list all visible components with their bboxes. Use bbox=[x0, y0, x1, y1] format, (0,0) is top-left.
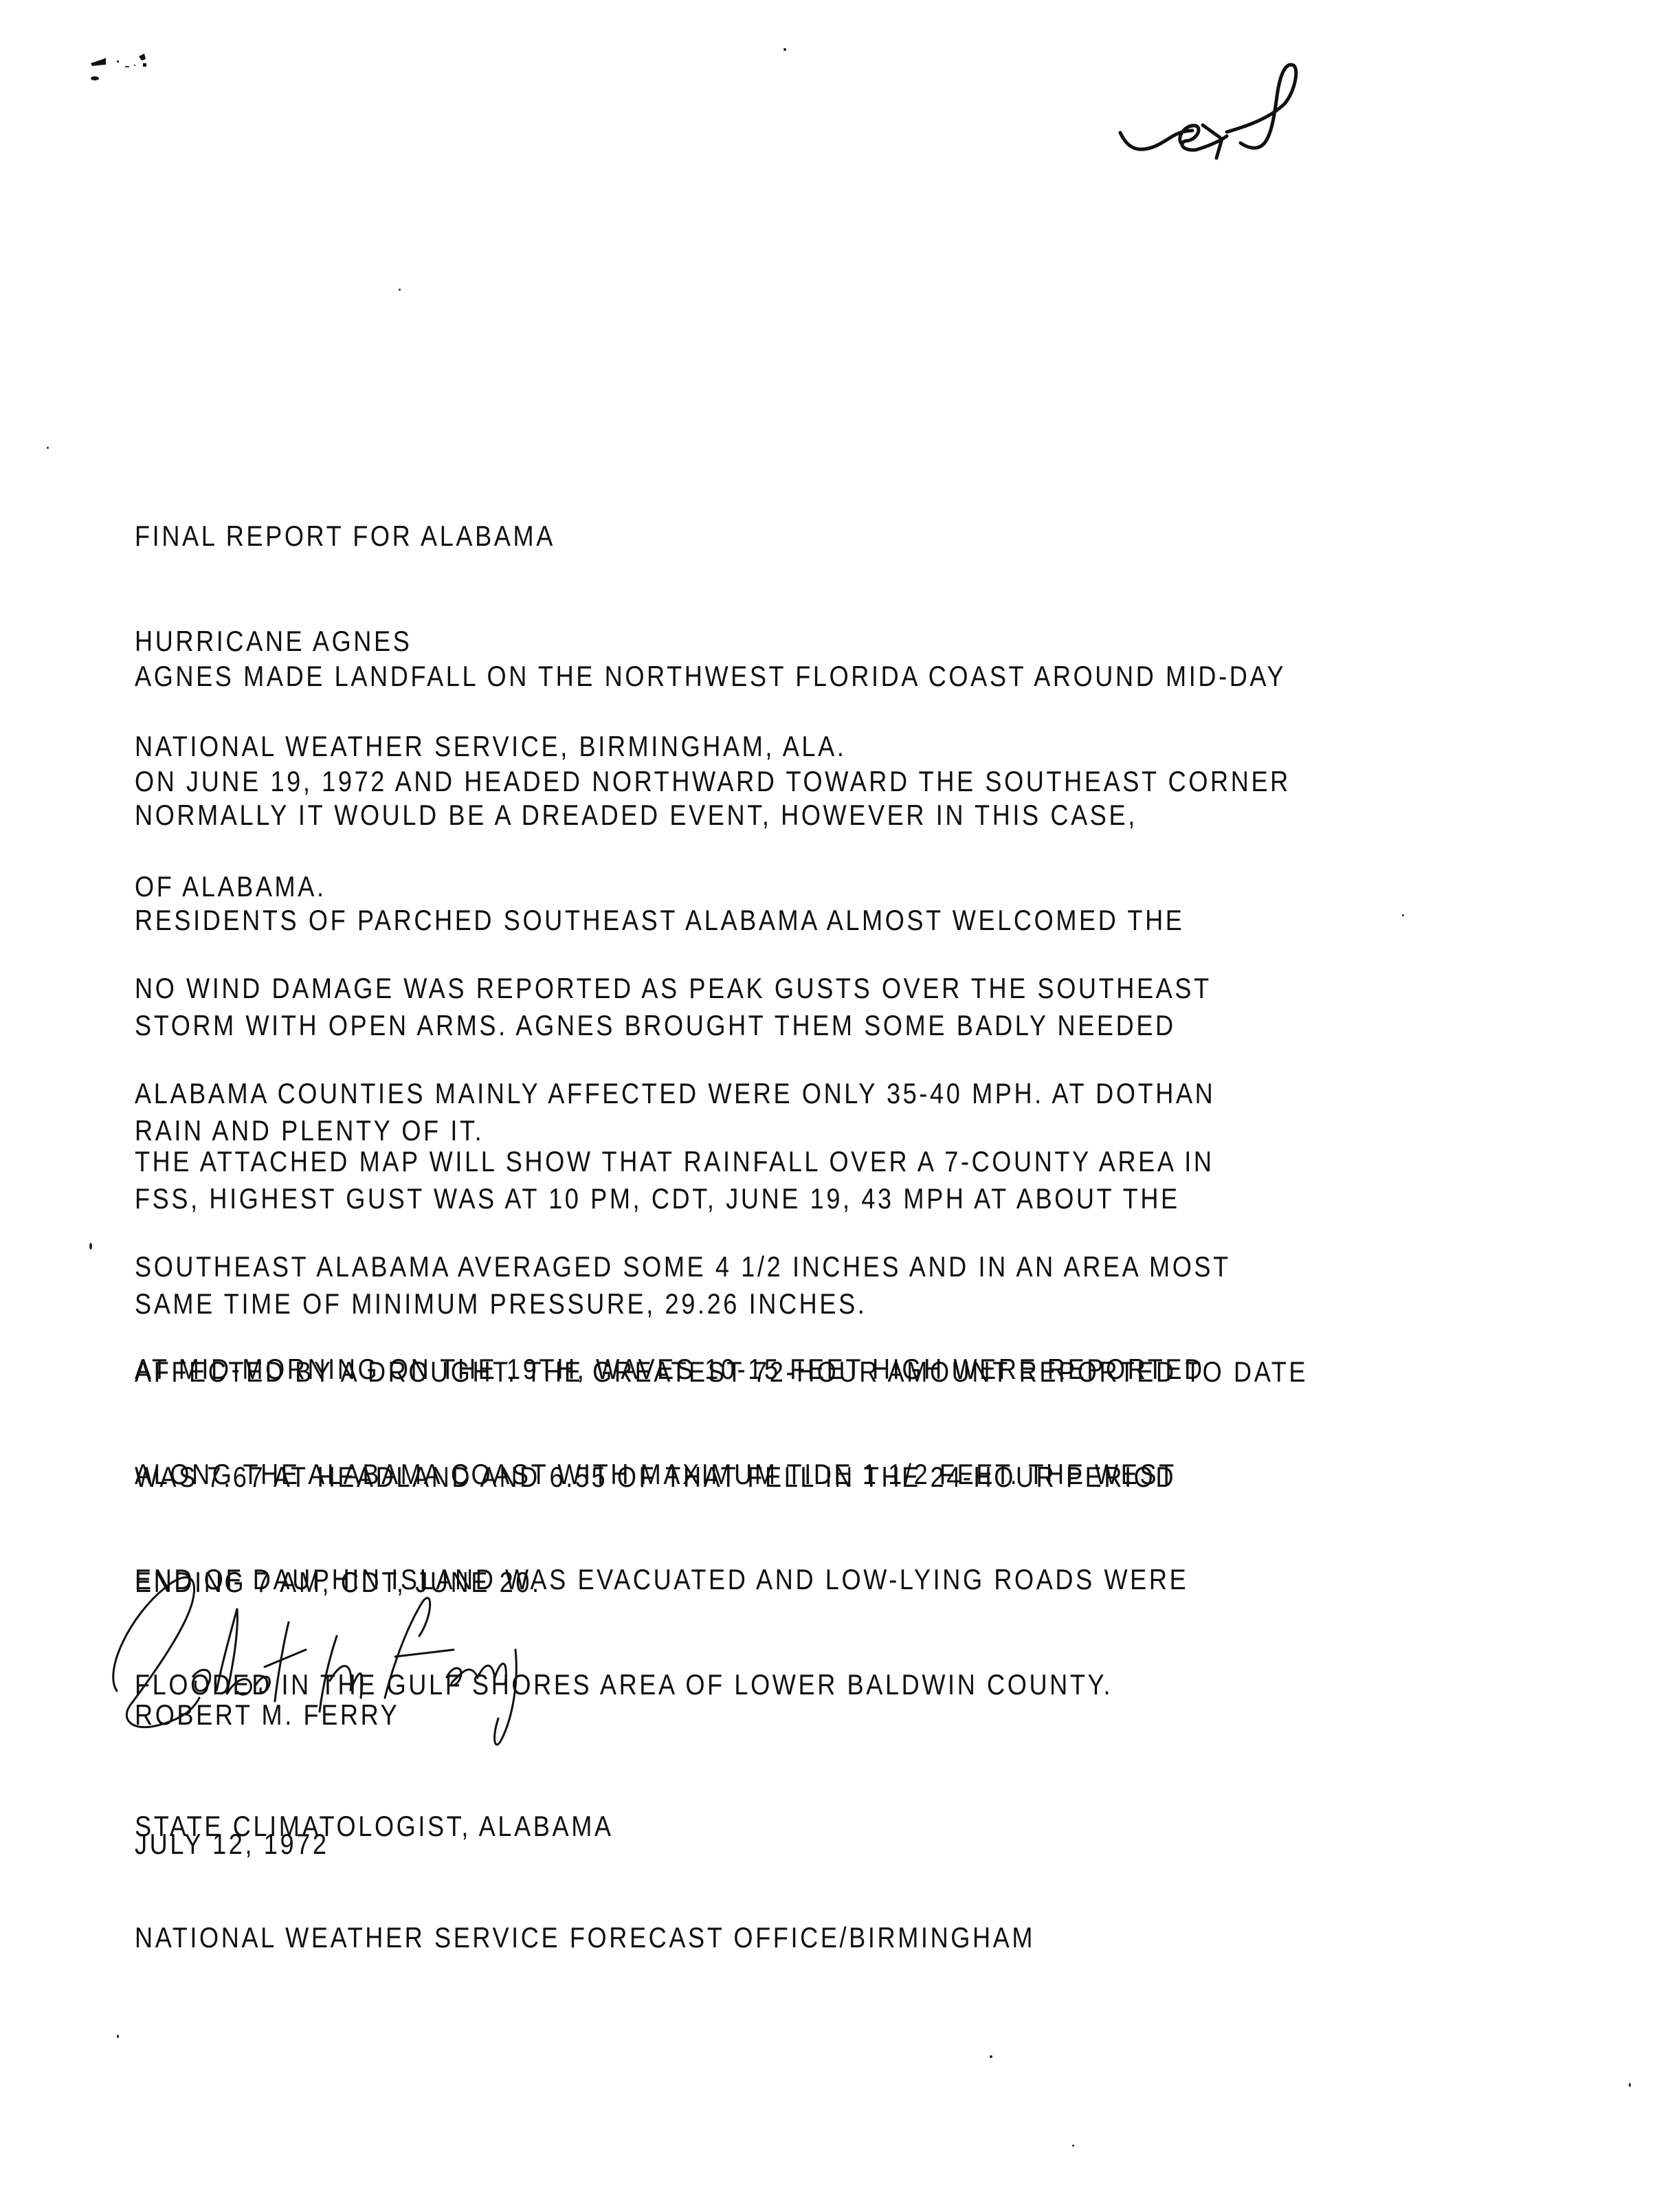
scan-speck bbox=[1072, 2145, 1074, 2147]
scan-speck bbox=[89, 1243, 92, 1250]
scan-speck bbox=[117, 2035, 119, 2038]
scan-speck bbox=[47, 447, 49, 449]
paragraph-line: AGNES MADE LANDFALL ON THE NORTHWEST FLO… bbox=[135, 659, 1291, 694]
scan-speck bbox=[1629, 2083, 1631, 2087]
date-line: JULY 12, 1972 bbox=[135, 1826, 329, 1861]
paragraph-line: SOUTHEAST ALABAMA AVERAGED SOME 4 1/2 IN… bbox=[135, 1249, 1308, 1284]
scan-speck bbox=[399, 289, 401, 291]
scan-speck bbox=[783, 48, 786, 51]
paragraph-line: AT MID-MORNING ON THE 19TH, WAVES 10-15 … bbox=[135, 1351, 1205, 1386]
paragraph-line: THE ATTACHED MAP WILL SHOW THAT RAINFALL… bbox=[135, 1144, 1308, 1179]
scan-speck bbox=[990, 2055, 992, 2058]
signer-name: ROBERT M. FERRY bbox=[135, 1696, 1035, 1734]
report-date: JULY 12, 1972 bbox=[135, 1756, 329, 1932]
paragraph-line: NO WIND DAMAGE WAS REPORTED AS PEAK GUST… bbox=[135, 971, 1215, 1006]
paragraph-line: ALONG THE ALABAMA COAST WITH MAXIMUM TID… bbox=[135, 1457, 1205, 1492]
handwritten-initials bbox=[1100, 55, 1326, 192]
scan-speck bbox=[1402, 914, 1404, 916]
scan-speck-marks bbox=[82, 48, 220, 89]
document-page: FINAL REPORT FOR ALABAMA HURRICANE AGNES… bbox=[0, 0, 1668, 2212]
paragraph-line: NORMALLY IT WOULD BE A DREADED EVENT, HO… bbox=[135, 797, 1184, 832]
heading-title: FINAL REPORT FOR ALABAMA bbox=[135, 518, 846, 553]
